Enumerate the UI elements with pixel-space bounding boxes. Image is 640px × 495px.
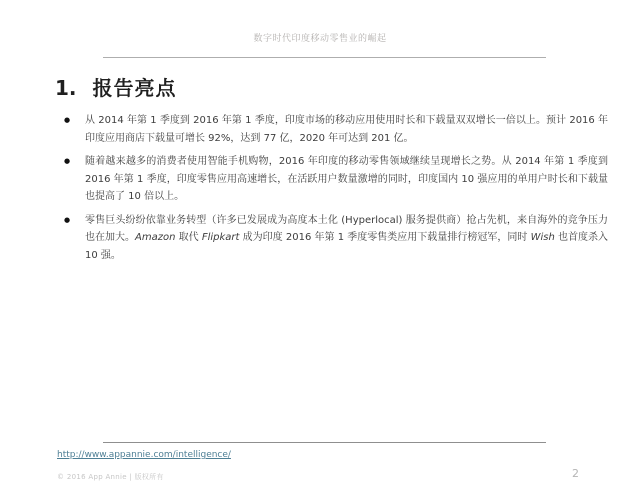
highlight-item: 从 2014 年第 1 季度到 2016 年第 1 季度，印度市场的移动应用使用…	[62, 112, 608, 147]
page-number: 2	[572, 467, 579, 480]
header-divider	[103, 57, 546, 58]
section-heading: 1.报告亮点	[55, 72, 177, 101]
highlight-item: 随着越来越多的消费者使用智能手机购物，2016 年印度的移动零售领域继续呈现增长…	[62, 153, 608, 206]
intelligence-link[interactable]: http://www.appannie.com/intelligence/	[57, 450, 231, 460]
highlight-text-segment: 成为印度 2016 年第 1 季度零售类应用下载量排行榜冠军，同时	[239, 232, 530, 243]
highlight-text-segment: Flipkart	[202, 232, 240, 243]
highlight-item: 零售巨头纷纷依靠业务转型（许多已发展成为高度本土化 (Hyperlocal) 服…	[62, 212, 608, 265]
section-number: 1.	[55, 76, 77, 100]
highlight-text-segment: Amazon	[135, 232, 175, 243]
highlight-text-segment: 从 2014 年第 1 季度到 2016 年第 1 季度，印度市场的移动应用使用…	[85, 115, 608, 144]
report-page: 数字时代印度移动零售业的崛起 1.报告亮点 从 2014 年第 1 季度到 20…	[0, 0, 640, 495]
highlights-list: 从 2014 年第 1 季度到 2016 年第 1 季度，印度市场的移动应用使用…	[62, 112, 608, 270]
footer-divider	[103, 442, 546, 443]
copyright-text: © 2016 App Annie | 版权所有	[57, 472, 164, 482]
highlight-text-segment: 随着越来越多的消费者使用智能手机购物，2016 年印度的移动零售领域继续呈现增长…	[85, 156, 608, 202]
highlight-text-segment: 取代	[175, 232, 201, 243]
section-title: 报告亮点	[93, 76, 177, 100]
highlight-text-segment: Wish	[531, 232, 555, 243]
page-header-title: 数字时代印度移动零售业的崛起	[0, 31, 640, 44]
